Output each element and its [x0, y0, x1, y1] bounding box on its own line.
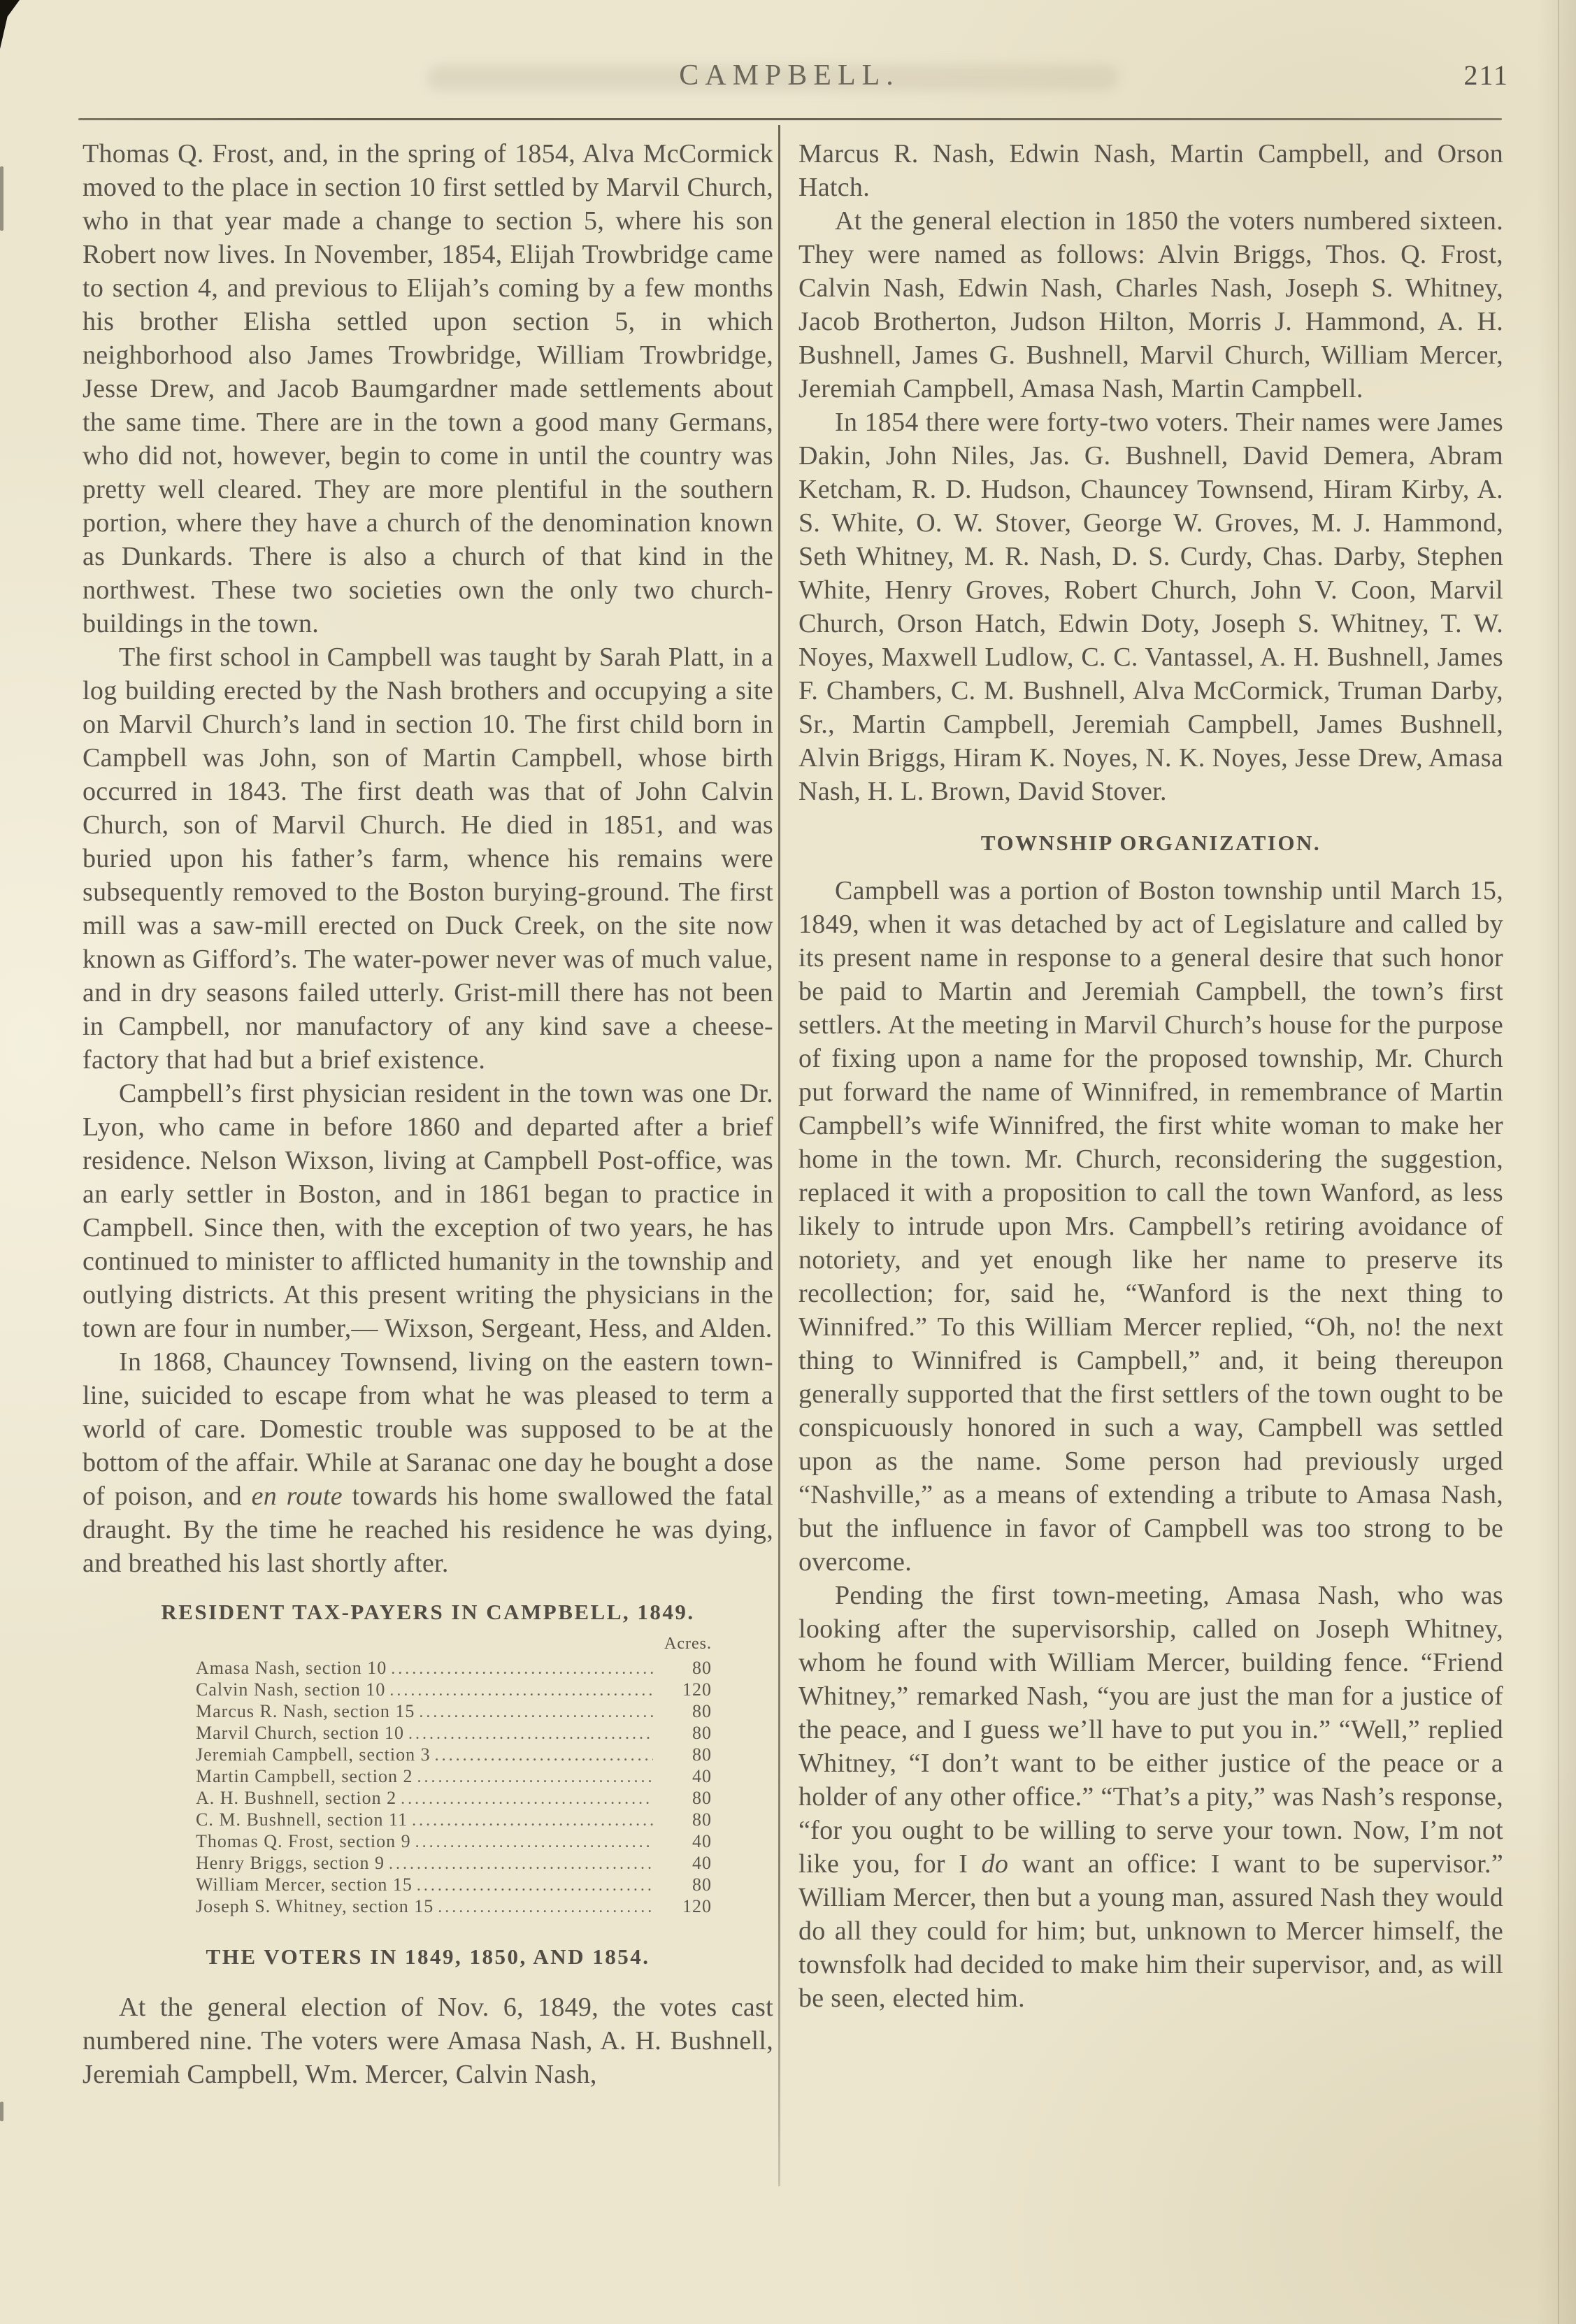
taxpayer-acres: 80: [657, 1788, 712, 1809]
taxpayer-name: C. M. Bushnell, section 11: [196, 1809, 408, 1830]
table-row: A. H. Bushnell, section 280: [196, 1788, 712, 1809]
taxpayers-rows: Amasa Nash, section 1080Calvin Nash, sec…: [196, 1658, 712, 1918]
taxpayer-acres: 80: [657, 1658, 712, 1679]
right-column-continuation: Marcus R. Nash, Edwin Nash, Martin Campb…: [798, 137, 1503, 808]
taxpayer-acres: 40: [657, 1853, 712, 1874]
text-run: In 1854 there were forty-two voters. The…: [798, 408, 1503, 806]
paragraph: Campbell’s first physician resident in t…: [83, 1077, 773, 1345]
table-row: Marvil Church, section 1080: [196, 1723, 712, 1744]
dot-leader: [419, 1701, 653, 1723]
table-row: William Mercer, section 1580: [196, 1874, 712, 1896]
taxpayer-acres: 80: [657, 1809, 712, 1830]
book-page: CAMPBELL. 211 Thomas Q. Frost, and, in t…: [0, 0, 1576, 2324]
scan-corner-mark: [0, 0, 20, 49]
taxpayer-acres: 120: [657, 1679, 712, 1700]
paragraph: The first school in Campbell was taught …: [83, 640, 773, 1077]
text-run: Campbell’s first physician resident in t…: [83, 1079, 773, 1343]
text-run: Campbell was a portion of Boston townshi…: [798, 876, 1503, 1577]
page-edge-artifact: [0, 2102, 3, 2121]
section-heading-taxpayers: RESIDENT TAX-PAYERS IN CAMPBELL, 1849.: [83, 1600, 773, 1625]
right-column: Marcus R. Nash, Edwin Nash, Martin Campb…: [798, 137, 1503, 2015]
italic-text: do: [982, 1849, 1009, 1879]
page-edge-line: [1558, 0, 1559, 2324]
left-column-intro: Thomas Q. Frost, and, in the spring of 1…: [83, 137, 773, 1580]
paragraph: Thomas Q. Frost, and, in the spring of 1…: [83, 137, 773, 640]
voters-paragraphs: At the general election of Nov. 6, 1849,…: [83, 1991, 773, 2091]
taxpayer-acres: 80: [657, 1874, 712, 1895]
dot-leader: [408, 1723, 653, 1744]
page-edge-artifact: [0, 166, 3, 231]
text-run: At the general election in 1850 the vote…: [798, 206, 1503, 403]
paragraph: In 1854 there were forty-two voters. The…: [798, 406, 1503, 808]
dot-leader: [435, 1744, 653, 1766]
dot-leader: [415, 1831, 653, 1853]
taxpayer-acres: 80: [657, 1744, 712, 1765]
taxpayers-table: Acres. Amasa Nash, section 1080Calvin Na…: [196, 1635, 712, 1918]
dot-leader: [417, 1766, 653, 1788]
dot-leader: [401, 1788, 653, 1809]
text-run: Thomas Q. Frost, and, in the spring of 1…: [83, 139, 773, 638]
table-row: Calvin Nash, section 10120: [196, 1679, 712, 1701]
paragraph: Marcus R. Nash, Edwin Nash, Martin Campb…: [798, 137, 1503, 204]
page-number: 211: [1463, 59, 1509, 92]
dot-leader: [438, 1896, 653, 1918]
section-heading-voters: THE VOTERS IN 1849, 1850, AND 1854.: [83, 1944, 773, 1970]
italic-text: en route: [252, 1482, 343, 1511]
taxpayer-name: Marcus R. Nash, section 15: [196, 1701, 415, 1722]
paragraph: At the general election in 1850 the vote…: [798, 204, 1503, 406]
left-column: Thomas Q. Frost, and, in the spring of 1…: [83, 137, 773, 2091]
dot-leader: [389, 1853, 653, 1874]
acres-column-header: Acres.: [196, 1635, 712, 1654]
table-row: Amasa Nash, section 1080: [196, 1658, 712, 1679]
running-head: CAMPBELL.: [78, 59, 1500, 92]
taxpayer-acres: 40: [657, 1766, 712, 1787]
dot-leader: [391, 1658, 653, 1679]
paragraph: Pending the first town-meeting, Amasa Na…: [798, 1579, 1503, 2015]
section-heading-township: TOWNSHIP ORGANIZATION.: [798, 831, 1503, 856]
paragraph: Campbell was a portion of Boston townshi…: [798, 874, 1503, 1579]
taxpayer-acres: 40: [657, 1831, 712, 1852]
taxpayer-name: A. H. Bushnell, section 2: [196, 1788, 396, 1809]
taxpayer-name: Marvil Church, section 10: [196, 1723, 404, 1744]
township-paragraphs: Campbell was a portion of Boston townshi…: [798, 874, 1503, 2015]
taxpayer-name: Jeremiah Campbell, section 3: [196, 1744, 431, 1765]
taxpayer-name: Henry Briggs, section 9: [196, 1853, 385, 1874]
taxpayer-acres: 120: [657, 1896, 712, 1917]
text-run: At the general election of Nov. 6, 1849,…: [83, 1993, 773, 2089]
paragraph: At the general election of Nov. 6, 1849,…: [83, 1991, 773, 2091]
table-row: Marcus R. Nash, section 1580: [196, 1701, 712, 1723]
dot-leader: [389, 1679, 653, 1701]
taxpayer-name: Thomas Q. Frost, section 9: [196, 1831, 411, 1852]
dot-leader: [412, 1809, 653, 1831]
text-run: The first school in Campbell was taught …: [83, 643, 773, 1075]
dot-leader: [417, 1874, 653, 1896]
taxpayer-name: Calvin Nash, section 10: [196, 1679, 385, 1700]
taxpayer-acres: 80: [657, 1723, 712, 1744]
paragraph: In 1868, Chauncey Townsend, living on th…: [83, 1345, 773, 1580]
taxpayer-name: Amasa Nash, section 10: [196, 1658, 387, 1679]
text-run: Pending the first town-meeting, Amasa Na…: [798, 1581, 1503, 1879]
text-run: Marcus R. Nash, Edwin Nash, Martin Campb…: [798, 139, 1503, 202]
taxpayer-acres: 80: [657, 1701, 712, 1722]
page-edge-shadow: [1537, 0, 1576, 2324]
column-divider: [778, 125, 780, 2186]
table-row: Martin Campbell, section 240: [196, 1766, 712, 1788]
taxpayer-name: William Mercer, section 15: [196, 1874, 413, 1895]
header-rule: [78, 118, 1502, 120]
table-row: Thomas Q. Frost, section 940: [196, 1831, 712, 1853]
table-row: Joseph S. Whitney, section 15120: [196, 1896, 712, 1918]
table-row: Jeremiah Campbell, section 380: [196, 1744, 712, 1766]
table-row: C. M. Bushnell, section 1180: [196, 1809, 712, 1831]
taxpayer-name: Joseph S. Whitney, section 15: [196, 1896, 434, 1917]
table-row: Henry Briggs, section 940: [196, 1853, 712, 1874]
taxpayer-name: Martin Campbell, section 2: [196, 1766, 413, 1787]
